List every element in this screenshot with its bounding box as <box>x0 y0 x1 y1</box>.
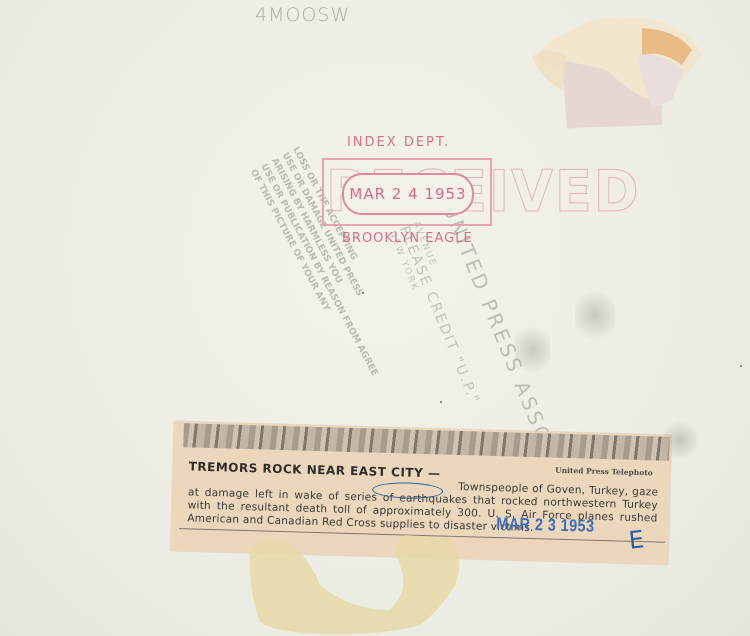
stamp-organization: BROOKLYN EAGLE <box>342 231 473 246</box>
handwritten-reference-code: 4MOOSW <box>255 4 350 26</box>
speck <box>362 292 364 294</box>
headline-dash: — <box>423 466 441 480</box>
clipping-photo-edge <box>183 423 669 461</box>
stamp-department: INDEX DEPT. <box>347 135 450 150</box>
clipping-credit: United Press Telephoto <box>555 466 653 478</box>
speck <box>740 365 742 367</box>
handwritten-mark: E <box>627 525 645 555</box>
smudge-mark <box>660 420 700 460</box>
speck <box>440 401 442 403</box>
water-stain <box>240 530 470 636</box>
photo-back-paper: 4MOOSW LOSS OR THE ACCEPTING USE OR DAMA… <box>0 0 750 636</box>
smudge-mark <box>575 285 615 345</box>
received-stamp: INDEX DEPT. RECEIVED MAR 2 4 1953 BROOKL… <box>322 135 497 250</box>
stamp-date: MAR 2 4 1953 <box>342 173 474 215</box>
blue-date-stamp: MAR 2 3 1953 <box>496 514 595 537</box>
tape-remnant <box>532 10 712 130</box>
smudge-mark <box>515 320 550 380</box>
